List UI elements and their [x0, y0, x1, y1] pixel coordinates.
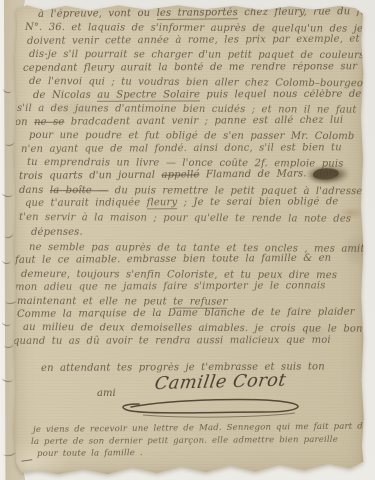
- letter-line: doivent venir cette année à rome, les pr…: [27, 33, 375, 47]
- handwritten-text: dans: [19, 185, 50, 196]
- handwritten-text: ; Je te serai bien obligé de: [177, 196, 338, 208]
- handwritten-text: dépenses.: [31, 227, 83, 238]
- letter-line: que t'aurait indiquée fleury ; Je te ser…: [25, 196, 339, 209]
- handwritten-text: maintenant et elle ne peut: [17, 296, 173, 308]
- letter-line: maintenant et elle ne peut te refuser: [17, 296, 227, 308]
- letter-line: n'en ayant que de mal fondé. ainsi donc,…: [21, 142, 342, 155]
- letter-page-wrap: à l'épreuve, vont ou les transportés che…: [13, 3, 364, 474]
- margin-tick-mark: [21, 454, 33, 461]
- struck-out-word: appellé: [161, 169, 199, 180]
- handwritten-text: n'en ayant que de mal fondé. ainsi donc,…: [21, 142, 342, 155]
- handwritten-text: bradcadent avant venir ; panne est allé …: [64, 115, 343, 128]
- letter-line: dépenses.: [31, 227, 83, 238]
- handwritten-text: Comme la marquise de la Dame blanche de …: [17, 307, 355, 320]
- handwritten-text: faut le ce aimable. embrasse bien toute …: [15, 253, 331, 266]
- letter-page: à l'épreuve, vont ou les transportés che…: [13, 3, 364, 474]
- handwritten-text: demeure, toujours s'enfin Coloriste, et …: [21, 269, 337, 281]
- struck-out-word: ne se: [34, 117, 64, 128]
- letter-line: au milieu de deux demoiselles aimables. …: [23, 322, 375, 335]
- postscript-line: pour toute la famille .: [37, 448, 143, 460]
- letter-line: mon adieu que ne jamais faire s'importer…: [15, 280, 326, 293]
- postscript-line: je viens de recevoir une lettre de Mad. …: [33, 421, 368, 436]
- underlined-phrase: fleury: [147, 197, 178, 209]
- handwritten-text: de l'envoi qui ; tu voudras bien aller c…: [29, 76, 375, 90]
- handwritten-text: du puis remettre le petit paquet à l'adr…: [108, 185, 362, 197]
- handwritten-text: la perte de son dernier petit garçon. el…: [31, 435, 338, 447]
- letter-line: à l'épreuve, vont ou les transportés che…: [38, 5, 375, 20]
- letter-line: demeure, toujours s'enfin Coloriste, et …: [21, 269, 337, 281]
- handwritten-text: au milieu de deux demoiselles aimables. …: [23, 322, 375, 335]
- ink-smear-blot: alors: [313, 168, 339, 180]
- handwritten-text: mon adieu que ne jamais faire s'importer…: [15, 280, 326, 293]
- handwritten-text: à l'épreuve, vont ou: [38, 8, 157, 20]
- letter-line: de Nicolas au Spectre Solaire puis leque…: [33, 89, 375, 101]
- handwritten-text: je viens de recevoir une lettre de Mad. …: [33, 421, 368, 435]
- letter-line: de l'envoi qui ; tu voudras bien aller c…: [29, 76, 375, 90]
- handwritten-text: pour toute la famille .: [37, 448, 143, 459]
- letter-line: on ne se bradcadent avant venir ; panne …: [15, 115, 343, 128]
- postscript-line: la perte de son dernier petit garçon. el…: [31, 435, 338, 448]
- underlined-phrase: les transportés: [157, 7, 238, 20]
- handwritten-text: de Nicolas: [33, 90, 97, 101]
- handwritten-text: quand tu as dû avoir te rendra aussi mal…: [13, 335, 331, 347]
- handwritten-text: doivent venir cette année à rome, les pr…: [27, 33, 375, 47]
- manuscript-scan: à l'épreuve, vont ou les transportés che…: [0, 0, 375, 480]
- handwritten-text: chez fleury, rue du faubourg St Honoré: [238, 5, 375, 18]
- letter-line: cependant fleury aurait la bonté de me r…: [23, 61, 375, 74]
- letter-line: faut le ce aimable. embrasse bien toute …: [15, 253, 331, 266]
- letter-line: quand tu as dû avoir te rendra aussi mal…: [13, 335, 331, 347]
- struck-out-word: la boîte —: [50, 185, 109, 196]
- signature-flourish: [113, 395, 313, 421]
- handwritten-text: puis lequel nous célèbre demande: [200, 89, 375, 101]
- handwritten-text: trois quarts d'un journal: [19, 170, 162, 182]
- handwritten-text: dis-je s'il pourrait se charger d'un pet…: [29, 49, 368, 61]
- letter-line: Comme la marquise de la Dame blanche de …: [17, 307, 355, 320]
- handwritten-text: on: [15, 117, 34, 128]
- handwritten-text: pour une poudre et fut obligé de s'en pa…: [29, 130, 354, 142]
- letter-line: dans la boîte — du puis remettre le peti…: [19, 185, 362, 197]
- handwritten-text: t'en servir à la maison ; pour qu'elle t…: [19, 212, 351, 225]
- signature-camille-corot: Camille Corot: [123, 370, 317, 395]
- letter-line: t'en servir à la maison ; pour qu'elle t…: [19, 212, 351, 225]
- letter-line: dis-je s'il pourrait se charger d'un pet…: [29, 49, 368, 61]
- handwritten-text: que t'aurait indiquée: [25, 197, 147, 209]
- letter-line: pour une poudre et fut obligé de s'en pa…: [29, 130, 354, 142]
- letter-line: trois quarts d'un journal appellé Flaman…: [19, 168, 339, 182]
- underlined-phrase: au Spectre Solaire: [97, 89, 200, 101]
- handwritten-text: Flamand de Mars.: [199, 168, 313, 180]
- handwritten-text: cependant fleury aurait la bonté de me r…: [23, 61, 375, 74]
